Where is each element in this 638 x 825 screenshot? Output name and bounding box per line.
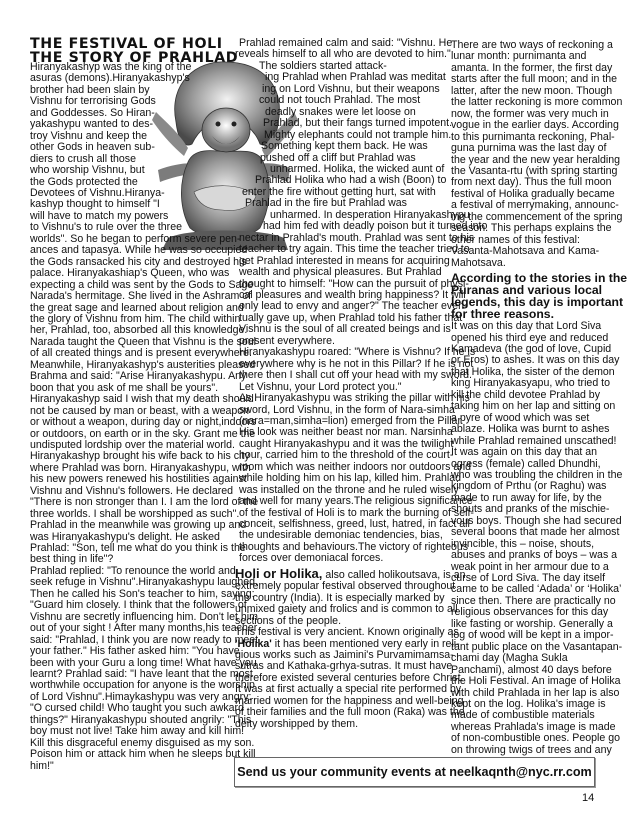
paragraph-line: abuses and pranks of boys – was a <box>451 550 627 561</box>
paragraph-line: who worship Vishnu, but <box>30 165 258 176</box>
paragraph-line: guna purnima was the last day of <box>451 143 627 154</box>
paragraph-line: wealth and physical pleasures. But Prahl… <box>235 267 487 278</box>
page-number: 14 <box>582 792 594 804</box>
paragraph-line: the Holi Festival. An image of Holika <box>451 676 627 687</box>
community-events-text: Send us your community events at neelkaq… <box>235 765 594 779</box>
community-events-banner: Send us your community events at neelkaq… <box>234 757 595 787</box>
section-subheading: for three reasons. <box>451 308 627 320</box>
column-1: Hiranyakashyp was the king of theasuras … <box>30 62 258 772</box>
paragraph-line: It was again on this day that an <box>451 447 627 458</box>
paragraph-line: "There is non stronger than I. I am the … <box>30 497 258 508</box>
paragraph-line: on throwing twigs of trees and any <box>451 745 627 756</box>
paragraph-line: out of your sight ! After many months,hi… <box>30 623 258 634</box>
paragraph-line: deity worshipped by them. <box>235 719 487 730</box>
paragraph-line: other Gods in heaven sub- <box>30 142 258 153</box>
paragraph-line: unmixed gaiety and frolics and is common… <box>235 604 487 615</box>
paragraph-line: palace. Hiranyakashiap's Queen, who was <box>30 268 258 279</box>
paragraph-line: Prahlad in the meanwhile was growing up … <box>30 520 258 531</box>
paragraph-line: yakashypu wanted to des- <box>30 119 258 130</box>
holika-line-rest: it has been mentioned very early in reli… <box>272 638 460 650</box>
paragraph-line: Narada's hermitage. She lived in the Ash… <box>30 291 258 302</box>
paragraph-line: the latter reckoning is more common <box>451 97 627 108</box>
paragraph-line: vogue in the earlier days. According <box>451 120 627 131</box>
paragraph-line: As Hiranyakashypu was striking the pilla… <box>235 393 487 404</box>
holi-heading-rest: also called holikoutsava, is an <box>322 569 465 581</box>
paragraph-line: and well for many years.The religious si… <box>235 496 487 507</box>
paragraph-line: there then I shall cut off your head wit… <box>235 370 487 381</box>
paragraph-line: Brahma and said: "Arise Hiranyakashypu. … <box>30 371 258 382</box>
paragraph-line: Something kept them back. He was <box>235 141 487 152</box>
paragraph-line: chami day (Magha Sukla <box>451 653 627 664</box>
paragraph-line: Hiranyakashyp said I wish that my death … <box>30 394 258 405</box>
column-2: Prahlad remained calm and said: "Vishnu.… <box>235 38 487 730</box>
paragraph-line: It was on this day that Lord Siva <box>451 321 627 332</box>
paragraph-line: teacher to try again. This time the teac… <box>235 244 487 255</box>
column-3: There are two ways of reckoning alunar m… <box>451 40 627 756</box>
paragraph-line: Mahotsava. <box>451 258 627 269</box>
holika-bold-term: 'Holika' <box>235 638 272 650</box>
paragraph-line: him!" <box>30 761 258 772</box>
paragraph-line: Vasanta-Mahotsava and Kama- <box>451 246 627 257</box>
paragraph-line: several boons that made her almost <box>451 527 627 538</box>
paragraph-line: ances and tapasya. While he was so occup… <box>30 245 258 256</box>
paragraph-line: your father." His father asked him: "You… <box>30 646 258 657</box>
paragraph-line: Poison him or attack him when he sleeps … <box>30 749 258 760</box>
paragraph-line: season. This perhaps explains the <box>451 223 627 234</box>
title-line-1: THE FESTIVAL OF HOLI <box>30 37 238 51</box>
paragraph-line: or without a weapon, during day or night… <box>30 417 258 428</box>
paragraph-line: had him fed with deadly poison but it tu… <box>235 221 487 232</box>
paragraph-line: taking him on her lap and sitting on <box>451 401 627 412</box>
holi-heading: Holi or Holika, <box>235 566 322 581</box>
paragraph-line: ablaze. Holika was burnt to ashes <box>451 424 627 435</box>
paragraph-line: Hiranyakashypu roared: "Where is Vishnu?… <box>235 347 487 358</box>
paragraph-line: while holding him on his lap, killed him… <box>235 473 487 484</box>
paragraph-line: forces over demoniacal forces. <box>235 553 487 564</box>
paragraph-line: could not touch Prahlad. The most <box>235 95 487 106</box>
holi-paragraph-line: Holi or Holika, also called holikoutsava… <box>235 568 487 581</box>
paragraph-line: Prahlad, but their fangs turned impotent… <box>235 118 487 129</box>
